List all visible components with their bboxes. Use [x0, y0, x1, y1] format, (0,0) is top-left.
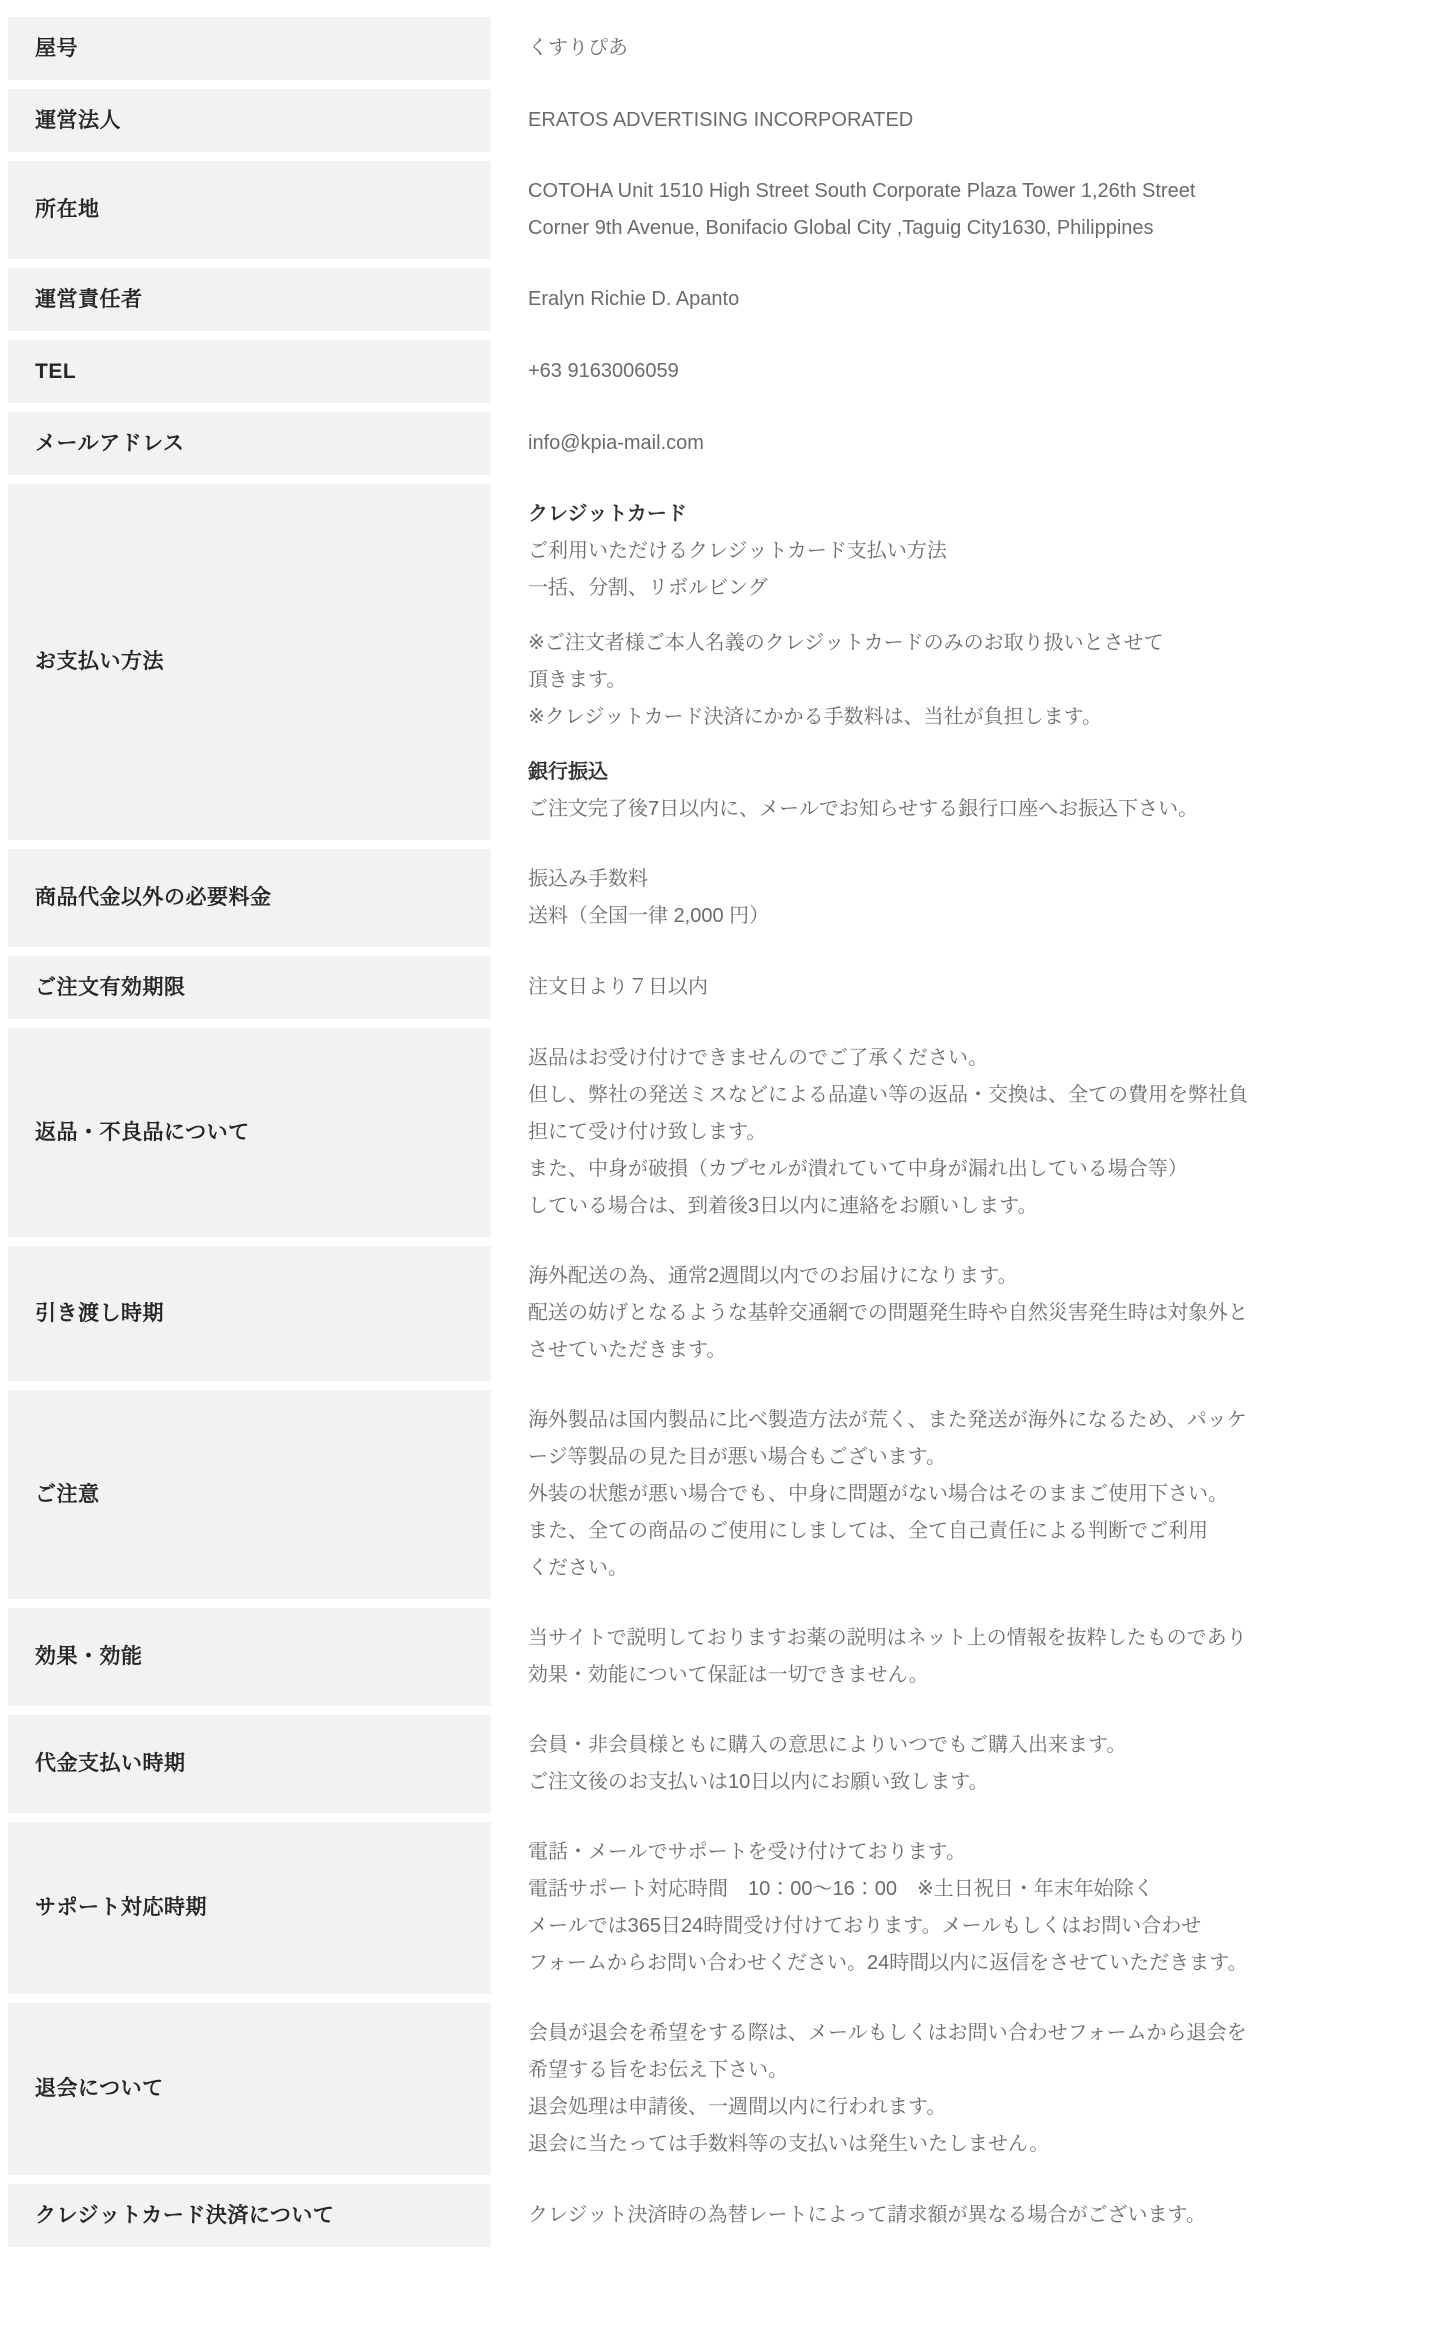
value-text: COTOHA Unit 1510 High Street South Corpo…	[528, 173, 1406, 247]
row-label: サポート対応時期	[8, 1822, 491, 1994]
row-value: 電話・メールでサポートを受け付けております。 電話サポート対応時間 10：00～…	[491, 1822, 1442, 1994]
table-row: クレジットカード決済についてクレジット決済時の為替レートによって請求額が異なる場…	[8, 2184, 1442, 2247]
row-value: 注文日より７日以内	[491, 956, 1442, 1019]
value-text: info@kpia-mail.com	[528, 425, 1406, 462]
row-label: 引き渡し時期	[8, 1246, 491, 1381]
row-label: 商品代金以外の必要料金	[8, 849, 491, 947]
table-row: 所在地COTOHA Unit 1510 High Street South Co…	[8, 161, 1442, 259]
table-row: お支払い方法クレジットカードご利用いただけるクレジットカード支払い方法 一括、分…	[8, 484, 1442, 840]
table-row: ご注意海外製品は国内製品に比べ製造方法が荒く、また発送が海外になるため、パッケ …	[8, 1390, 1442, 1599]
value-text: Eralyn Richie D. Apanto	[528, 281, 1406, 318]
row-value: ERATOS ADVERTISING INCORPORATED	[491, 89, 1442, 152]
value-paragraph: 銀行振込ご注文完了後7日以内に、メールでお知らせする銀行口座へお振込下さい。	[528, 754, 1406, 828]
value-paragraph-heading: 銀行振込	[528, 754, 1406, 791]
table-row: 代金支払い時期会員・非会員様ともに購入の意思によりいつでもご購入出来ます。 ご注…	[8, 1715, 1442, 1813]
value-text: 注文日より７日以内	[528, 969, 1406, 1006]
row-value: クレジット決済時の為替レートによって請求額が異なる場合がございます。	[491, 2184, 1442, 2247]
value-text: くすりぴあ	[528, 30, 1406, 67]
row-label: 代金支払い時期	[8, 1715, 491, 1813]
table-row: 屋号くすりぴあ	[8, 17, 1442, 80]
table-row: 返品・不良品について返品はお受け付けできませんのでご了承ください。 但し、弊社の…	[8, 1028, 1442, 1237]
row-value: クレジットカードご利用いただけるクレジットカード支払い方法 一括、分割、リボルビ…	[491, 484, 1442, 840]
row-value: 海外配送の為、通常2週間以内でのお届けになります。 配送の妨げとなるような基幹交…	[491, 1246, 1442, 1381]
value-text: 当サイトで説明しておりますお薬の説明はネット上の情報を抜粋したものであり 効果・…	[528, 1620, 1406, 1694]
value-text: 振込み手数料 送料（全国一律 2,000 円）	[528, 861, 1406, 935]
row-label: 返品・不良品について	[8, 1028, 491, 1237]
row-value: 返品はお受け付けできませんのでご了承ください。 但し、弊社の発送ミスなどによる品…	[491, 1028, 1442, 1237]
value-paragraph: ※ご注文者様ご本人名義のクレジットカードのみのお取り扱いとさせて 頂きます。 ※…	[528, 625, 1406, 736]
table-row: 運営責任者Eralyn Richie D. Apanto	[8, 268, 1442, 331]
row-value: Eralyn Richie D. Apanto	[491, 268, 1442, 331]
row-value: info@kpia-mail.com	[491, 412, 1442, 475]
row-label: 所在地	[8, 161, 491, 259]
table-row: ご注文有効期限注文日より７日以内	[8, 956, 1442, 1019]
row-label: お支払い方法	[8, 484, 491, 840]
row-label: 退会について	[8, 2003, 491, 2175]
value-text: 会員・非会員様ともに購入の意思によりいつでもご購入出来ます。 ご注文後のお支払い…	[528, 1727, 1406, 1801]
row-label: 屋号	[8, 17, 491, 80]
value-text: 電話・メールでサポートを受け付けております。 電話サポート対応時間 10：00～…	[528, 1834, 1406, 1982]
table-row: サポート対応時期電話・メールでサポートを受け付けております。 電話サポート対応時…	[8, 1822, 1442, 1994]
row-label: ご注文有効期限	[8, 956, 491, 1019]
value-text: 海外製品は国内製品に比べ製造方法が荒く、また発送が海外になるため、パッケ ージ等…	[528, 1402, 1406, 1587]
table-row: 退会について会員が退会を希望をする際は、メールもしくはお問い合わせフォームから退…	[8, 2003, 1442, 2175]
row-value: 会員が退会を希望をする際は、メールもしくはお問い合わせフォームから退会を 希望す…	[491, 2003, 1442, 2175]
row-label: クレジットカード決済について	[8, 2184, 491, 2247]
value-text: ERATOS ADVERTISING INCORPORATED	[528, 102, 1406, 139]
table-row: 引き渡し時期海外配送の為、通常2週間以内でのお届けになります。 配送の妨げとなる…	[8, 1246, 1442, 1381]
value-text: クレジット決済時の為替レートによって請求額が異なる場合がございます。	[528, 2197, 1406, 2234]
row-value: COTOHA Unit 1510 High Street South Corpo…	[491, 161, 1442, 259]
row-label: TEL	[8, 340, 491, 403]
row-value: +63 9163006059	[491, 340, 1442, 403]
row-label: 運営法人	[8, 89, 491, 152]
table-row: TEL+63 9163006059	[8, 340, 1442, 403]
row-value: 会員・非会員様ともに購入の意思によりいつでもご購入出来ます。 ご注文後のお支払い…	[491, 1715, 1442, 1813]
row-value: 当サイトで説明しておりますお薬の説明はネット上の情報を抜粋したものであり 効果・…	[491, 1608, 1442, 1706]
value-text: 海外配送の為、通常2週間以内でのお届けになります。 配送の妨げとなるような基幹交…	[528, 1258, 1406, 1369]
company-info-page: 屋号くすりぴあ運営法人ERATOS ADVERTISING INCORPORAT…	[0, 0, 1450, 2339]
company-info-table: 屋号くすりぴあ運営法人ERATOS ADVERTISING INCORPORAT…	[8, 17, 1442, 2247]
value-text: +63 9163006059	[528, 353, 1406, 390]
row-label: 効果・効能	[8, 1608, 491, 1706]
row-value: 振込み手数料 送料（全国一律 2,000 円）	[491, 849, 1442, 947]
row-value: 海外製品は国内製品に比べ製造方法が荒く、また発送が海外になるため、パッケ ージ等…	[491, 1390, 1442, 1599]
value-paragraph: クレジットカードご利用いただけるクレジットカード支払い方法 一括、分割、リボルビ…	[528, 496, 1406, 607]
table-row: 効果・効能当サイトで説明しておりますお薬の説明はネット上の情報を抜粋したものであ…	[8, 1608, 1442, 1706]
table-row: 商品代金以外の必要料金振込み手数料 送料（全国一律 2,000 円）	[8, 849, 1442, 947]
row-label: 運営責任者	[8, 268, 491, 331]
value-paragraph-heading: クレジットカード	[528, 496, 1406, 533]
table-row: 運営法人ERATOS ADVERTISING INCORPORATED	[8, 89, 1442, 152]
row-label: メールアドレス	[8, 412, 491, 475]
row-label: ご注意	[8, 1390, 491, 1599]
table-row: メールアドレスinfo@kpia-mail.com	[8, 412, 1442, 475]
value-text: 会員が退会を希望をする際は、メールもしくはお問い合わせフォームから退会を 希望す…	[528, 2015, 1406, 2163]
row-value: くすりぴあ	[491, 17, 1442, 80]
value-text: 返品はお受け付けできませんのでご了承ください。 但し、弊社の発送ミスなどによる品…	[528, 1040, 1406, 1225]
